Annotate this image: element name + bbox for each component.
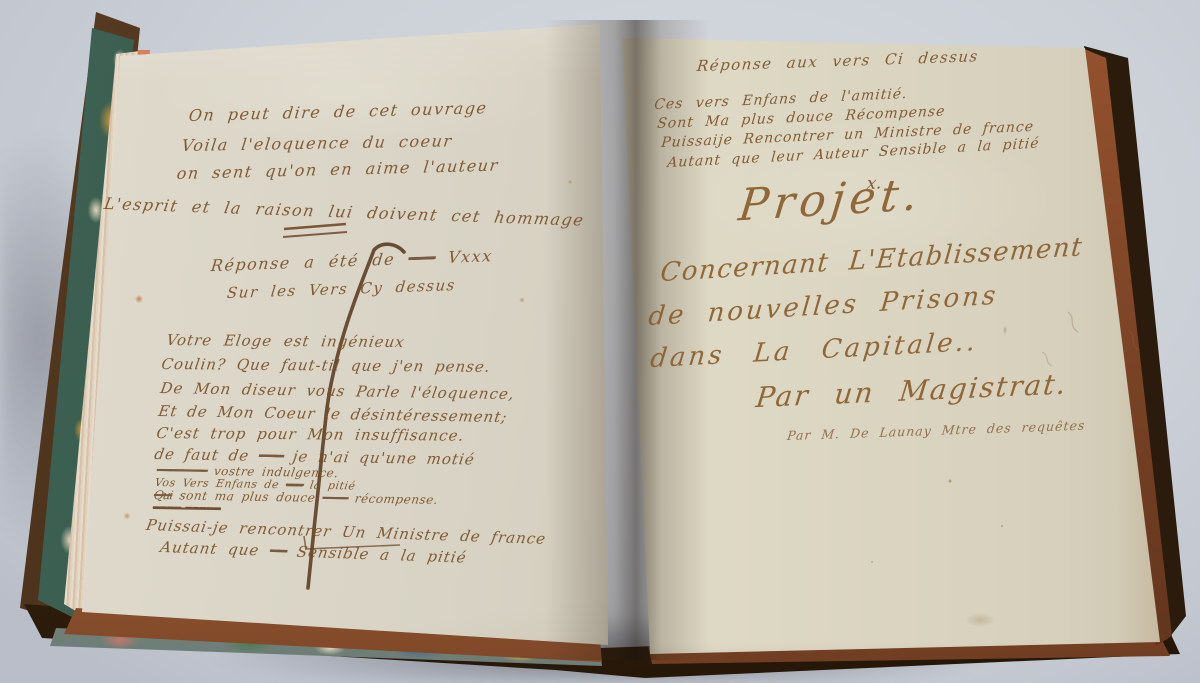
subtitle-line: dans La Capitale..	[649, 327, 980, 374]
poem-line: De Mon diseur vous Parle l'éloquence,	[159, 379, 516, 403]
epigraph-line: Voila l'eloquence du coeur	[181, 131, 454, 155]
divider-stroke-2	[283, 232, 347, 237]
page-title: Projet.	[736, 169, 925, 232]
poem-text: récompense.	[346, 491, 439, 507]
poem-text: Sensible a la pitié	[285, 542, 468, 566]
left-heading-line: Réponse a été de ━━━ Vxxx	[210, 246, 494, 275]
margin-squiggle-1	[1068, 312, 1078, 332]
epigraph-line: On peut dire de cet ouvrage	[188, 98, 489, 125]
struck-word: ━━	[269, 542, 288, 560]
left-heading-text: Vxxx	[434, 246, 494, 267]
byline: Par un Magistrat.	[754, 367, 1069, 414]
poem-line-crossed-out: ━━━━ ━━━━━	[152, 501, 222, 515]
subtitle-line: Concernant L'Etablissement	[659, 232, 1084, 288]
right-heading: Réponse aux vers Ci dessus	[696, 47, 980, 75]
poem-line: C'est trop pour Mon insuffisance.	[155, 424, 465, 445]
epigraph-line: on sent qu'on en aime l'auteur	[176, 156, 500, 183]
poem-text: de faut de	[153, 445, 260, 465]
poem-line: Coulin? Que faut-til que j'en pense.	[160, 355, 492, 376]
attribution: Par M. De Launay Mtre des requêtes	[786, 418, 1086, 443]
left-heading-text: Réponse a été de	[210, 249, 410, 275]
left-heading-line: Sur les Vers Cy dessus	[226, 276, 457, 302]
photo-of-open-manuscript-book: On peut dire de cet ouvrage Voila l'eloq…	[0, 0, 1200, 683]
poem-line: Votre Eloge est ingénieux	[165, 331, 406, 351]
poem-line: Et de Mon Coeur le désintéressement;	[157, 402, 509, 426]
margin-squiggle-3	[1042, 352, 1052, 366]
margin-squiggle-2	[1128, 330, 1140, 350]
poem-text: Autant que	[159, 538, 272, 560]
struck-word: ━━━━	[322, 491, 349, 505]
epigraph-line: L'esprit et la raison lui doivent cet ho…	[103, 194, 586, 230]
subtitle-line: de nouvelles Prisons	[647, 281, 1000, 333]
struck-word: ━━━	[408, 248, 436, 268]
struck-word: ━━━	[258, 447, 285, 465]
divider-stroke-1	[284, 224, 346, 229]
